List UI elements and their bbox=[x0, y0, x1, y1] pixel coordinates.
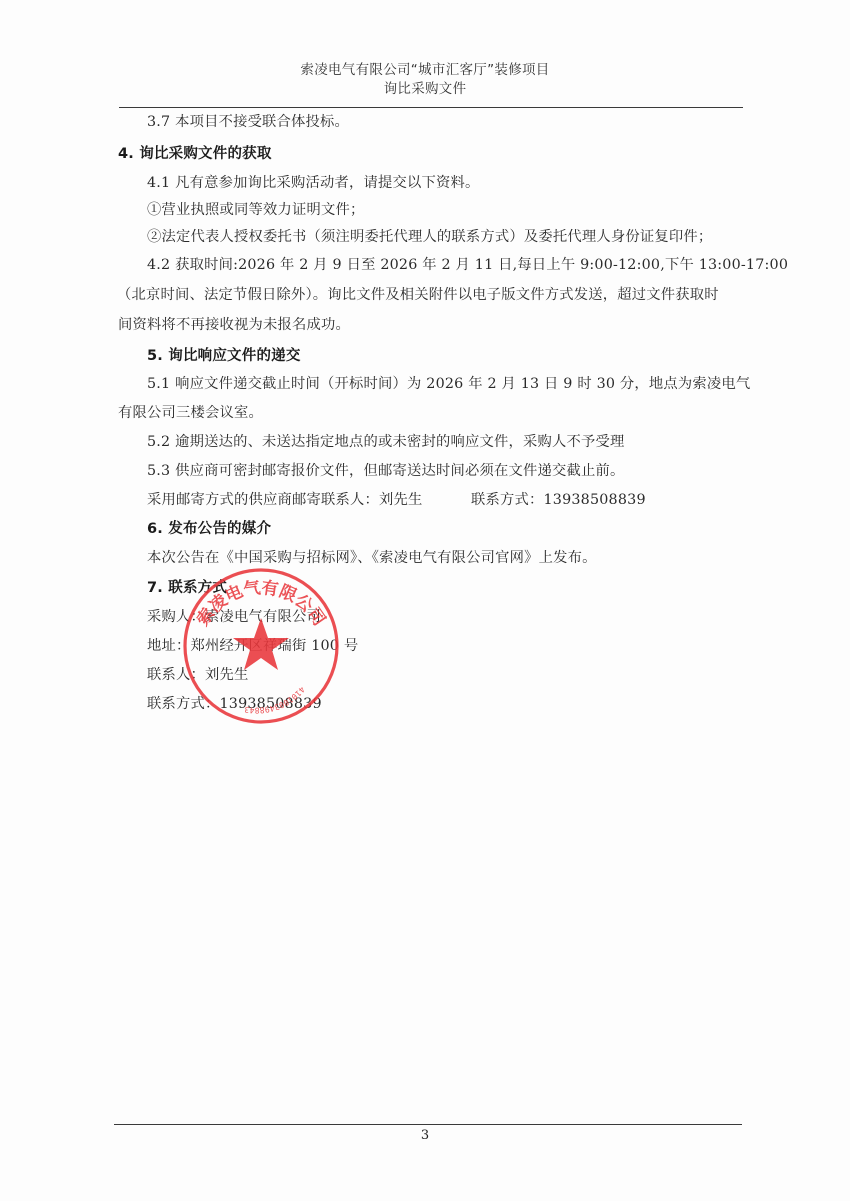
contact-person-line: 联系人：刘先生 bbox=[147, 664, 248, 684]
paragraph-4-2-line-3: 间资料将不再接收视为未报名成功。 bbox=[118, 314, 350, 334]
paragraph-4-2-line-2: （北京时间、法定节假日除外）。询比文件及相关附件以电子版文件方式发送，超过文件获… bbox=[117, 284, 719, 304]
header-document-title: 询比采购文件 bbox=[0, 77, 850, 97]
paragraph-5-2: 5.2 逾期送达的、未送达指定地点的或未密封的响应文件，采购人不予受理 bbox=[147, 431, 624, 451]
buyer-line: 采购人：索凌电气有限公司 bbox=[147, 606, 321, 626]
section-7-heading: 7. 联系方式 bbox=[147, 576, 227, 597]
section-4-heading: 4. 询比采购文件的获取 bbox=[118, 142, 272, 163]
paragraph-4-1-item-2: ②法定代表人授权委托书（须注明委托代理人的联系方式）及委托代理人身份证复印件； bbox=[147, 226, 712, 246]
mail-contact-phone: 联系方式：13938508839 bbox=[471, 489, 646, 509]
header-project-title: 索凌电气有限公司“城市汇客厅”装修项目 bbox=[0, 58, 850, 78]
document-page: 索凌电气有限公司“城市汇客厅”装修项目 询比采购文件 3.7 本项目不接受联合体… bbox=[0, 0, 850, 1201]
paragraph-5-1-line-1: 5.1 响应文件递交截止时间（开标时间）为 2026 年 2 月 13 日 9 … bbox=[147, 373, 750, 393]
section-6-heading: 6. 发布公告的媒介 bbox=[147, 517, 271, 538]
paragraph-6: 本次公告在《中国采购与招标网》、《索凌电气有限公司官网》上发布。 bbox=[147, 547, 597, 567]
address-line: 地址：郑州经开区祥瑞街 100 号 bbox=[147, 635, 358, 655]
paragraph-5-1-line-2: 有限公司三楼会议室。 bbox=[118, 402, 263, 422]
paragraph-5-3: 5.3 供应商可密封邮寄报价文件，但邮寄送达时间必须在文件递交截止前。 bbox=[147, 460, 624, 480]
section-5-heading: 5. 询比响应文件的递交 bbox=[147, 344, 301, 365]
header-rule bbox=[119, 107, 743, 108]
mail-contact-person: 采用邮寄方式的供应商邮寄联系人：刘先生 bbox=[147, 489, 422, 509]
paragraph-4-1: 4.1 凡有意参加询比采购活动者，请提交以下资料。 bbox=[147, 172, 480, 192]
contact-phone-line: 联系方式：13938508839 bbox=[147, 693, 322, 713]
page-number: 3 bbox=[0, 1128, 850, 1143]
paragraph-3-7: 3.7 本项目不接受联合体投标。 bbox=[147, 111, 349, 131]
footer-rule bbox=[114, 1124, 742, 1125]
paragraph-4-2-line-1: 4.2 获取时间:2026 年 2 月 9 日至 2026 年 2 月 11 日… bbox=[147, 254, 788, 274]
paragraph-4-1-item-1: ①营业执照或同等效力证明文件； bbox=[147, 199, 364, 219]
